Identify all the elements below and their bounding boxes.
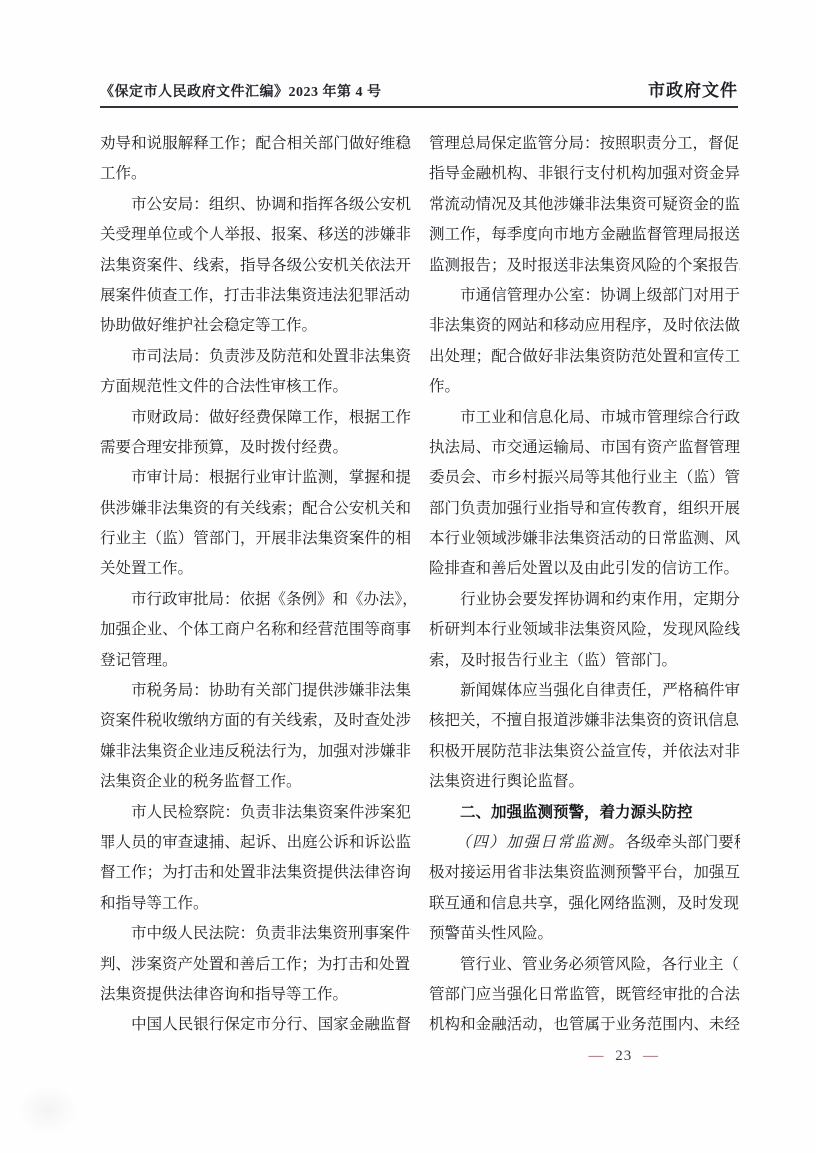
text-line: 市审计局：根据行业审计监测，掌握和提 bbox=[100, 463, 411, 493]
text-line: 市工业和信息化局、市城市管理综合行政 bbox=[429, 403, 740, 433]
text-line: 指导金融机构、非银行支付机构加强对资金异 bbox=[429, 159, 740, 189]
text-line: 劝导和说服解释工作；配合相关部门做好维稳 bbox=[100, 129, 411, 159]
text-line: 预警苗头性风险。 bbox=[429, 919, 740, 949]
text-line: 机构和金融活动，也管属于业务范围内、未经 bbox=[429, 1010, 740, 1040]
text-line: 行业主（监）管部门，开展非法集资案件的相 bbox=[100, 524, 411, 554]
text-line: 和指导等工作。 bbox=[100, 889, 411, 919]
document-page: 《保定市人民政府文件汇编》2023 年第 4 号 市政府文件 劝导和说服解释工作… bbox=[0, 0, 816, 1153]
text-line: 作。 bbox=[429, 372, 740, 402]
text-line: 析研判本行业领域非法集资风险，发现风险线 bbox=[429, 615, 740, 645]
text-line: 险排查和善后处置以及由此引发的信访工作。 bbox=[429, 554, 740, 584]
text-line: 市财政局：做好经费保障工作，根据工作 bbox=[100, 403, 411, 433]
text-line: 展案件侦查工作，打击非法集资违法犯罪活动； bbox=[100, 281, 411, 311]
page-number: — 23 — bbox=[100, 1048, 738, 1065]
text-line: 关处置工作。 bbox=[100, 554, 411, 584]
text-line: 关受理单位或个人举报、报案、移送的涉嫌非 bbox=[100, 220, 411, 250]
text-line: 行业协会要发挥协调和约束作用，定期分 bbox=[429, 585, 740, 615]
text-line: 管行业、管业务必须管风险，各行业主（监） bbox=[429, 950, 740, 980]
text-line: 积极开展防范非法集资公益宣传，并依法对非 bbox=[429, 737, 740, 767]
text-line: 加强企业、个体工商户名称和经营范围等商事 bbox=[100, 615, 411, 645]
text-line: 联互通和信息共享，强化网络监测，及时发现、 bbox=[429, 889, 740, 919]
text-line: 测工作，每季度向市地方金融监督管理局报送 bbox=[429, 220, 740, 250]
two-column-body: 劝导和说服解释工作；配合相关部门做好维稳工作。 市公安局：组织、协调和指挥各级公… bbox=[100, 129, 738, 1041]
text-line: 部门负责加强行业指导和宣传教育，组织开展 bbox=[429, 494, 740, 524]
text-line: 本行业领域涉嫌非法集资活动的日常监测、风 bbox=[429, 524, 740, 554]
text-line: 中国人民银行保定市分行、国家金融监督 bbox=[100, 1010, 411, 1040]
text-line: 索，及时报告行业主（监）管部门。 bbox=[429, 646, 740, 676]
text-line: 罪人员的审查逮捕、起诉、出庭公诉和诉讼监 bbox=[100, 828, 411, 858]
text-line: 督工作；为打击和处置非法集资提供法律咨询 bbox=[100, 858, 411, 888]
text-line: 法集资案件、线索，指导各级公安机关依法开 bbox=[100, 251, 411, 281]
text-line: 供涉嫌非法集资的有关线索；配合公安机关和 bbox=[100, 494, 411, 524]
text-line: 市通信管理办公室：协调上级部门对用于 bbox=[429, 281, 740, 311]
compilation-title: 《保定市人民政府文件汇编》2023 年第 4 号 bbox=[100, 81, 382, 101]
text-line: 极对接运用省非法集资监测预警平台，加强互 bbox=[429, 858, 740, 888]
page-number-dash-left: — bbox=[589, 1048, 605, 1064]
text-line: 市行政审批局：依据《条例》和《办法》， bbox=[100, 585, 411, 615]
text-line: 市公安局：组织、协调和指挥各级公安机 bbox=[100, 190, 411, 220]
text-line: 新闻媒体应当强化自律责任，严格稿件审 bbox=[429, 676, 740, 706]
text-line: 方面规范性文件的合法性审核工作。 bbox=[100, 372, 411, 402]
text-line: 核把关，不擅自报道涉嫌非法集资的资讯信息； bbox=[429, 706, 740, 736]
text-line: （四）加强日常监测。各级牵头部门要积 bbox=[429, 828, 740, 858]
text-line: 嫌非法集资企业违反税法行为，加强对涉嫌非 bbox=[100, 737, 411, 767]
right-column: 管理总局保定监管分局：按照职责分工，督促、指导金融机构、非银行支付机构加强对资金… bbox=[429, 129, 740, 1041]
page-header: 《保定市人民政府文件汇编》2023 年第 4 号 市政府文件 bbox=[100, 76, 738, 108]
section-heading: 二、加强监测预警，着力源头防控 bbox=[429, 798, 740, 828]
page-number-value: 23 bbox=[615, 1048, 632, 1064]
left-column: 劝导和说服解释工作；配合相关部门做好维稳工作。 市公安局：组织、协调和指挥各级公… bbox=[100, 129, 411, 1041]
text-line: 出处理；配合做好非法集资防范处置和宣传工 bbox=[429, 342, 740, 372]
text-line: 管理总局保定监管分局：按照职责分工，督促、 bbox=[429, 129, 740, 159]
text-line: 法集资提供法律咨询和指导等工作。 bbox=[100, 980, 411, 1010]
text-line: 常流动情况及其他涉嫌非法集资可疑资金的监 bbox=[429, 190, 740, 220]
text-line: 执法局、市交通运输局、市国有资产监督管理 bbox=[429, 433, 740, 463]
text-line: 委员会、市乡村振兴局等其他行业主（监）管 bbox=[429, 463, 740, 493]
text-line: 工作。 bbox=[100, 159, 411, 189]
kai-emphasis: （四）加强日常监测。 bbox=[429, 834, 625, 851]
page-number-dash-right: — bbox=[643, 1048, 659, 1064]
document-category-label: 市政府文件 bbox=[648, 76, 738, 101]
text-line: 资案件税收缴纳方面的有关线索，及时查处涉 bbox=[100, 706, 411, 736]
text-line: 市司法局：负责涉及防范和处置非法集资 bbox=[100, 342, 411, 372]
text-line: 法集资进行舆论监督。 bbox=[429, 767, 740, 797]
text-line: 需要合理安排预算，及时拨付经费。 bbox=[100, 433, 411, 463]
text-line: 市税务局：协助有关部门提供涉嫌非法集 bbox=[100, 676, 411, 706]
text-line: 监测报告；及时报送非法集资风险的个案报告。 bbox=[429, 251, 740, 281]
text-line: 非法集资的网站和移动应用程序，及时依法做 bbox=[429, 311, 740, 341]
text-line: 登记管理。 bbox=[100, 646, 411, 676]
text-line: 管部门应当强化日常监管，既管经审批的合法 bbox=[429, 980, 740, 1010]
text-line: 市中级人民法院：负责非法集资刑事案件审 bbox=[100, 919, 411, 949]
text-line: 协助做好维护社会稳定等工作。 bbox=[100, 311, 411, 341]
text-line: 市人民检察院：负责非法集资案件涉案犯 bbox=[100, 798, 411, 828]
text-line: 判、涉案资产处置和善后工作；为打击和处置非 bbox=[100, 950, 411, 980]
text-line: 法集资企业的税务监督工作。 bbox=[100, 767, 411, 797]
scan-smudge bbox=[18, 1085, 78, 1135]
